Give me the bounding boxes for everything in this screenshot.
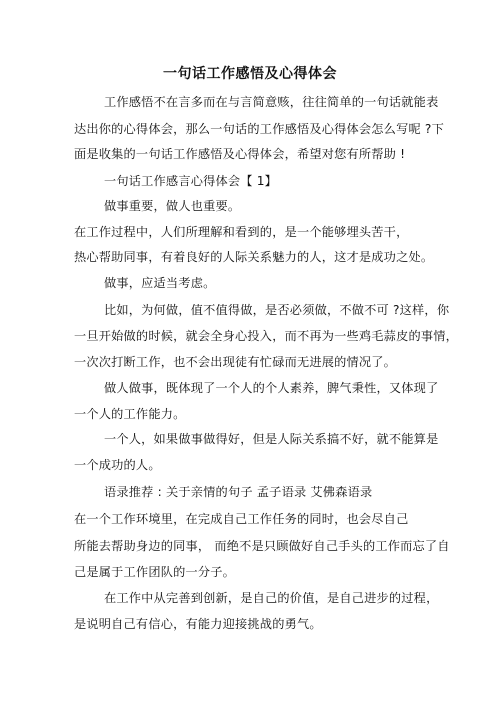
paragraph-line: 面是收集的一句话工作感悟及心得体会，希望对您有所帮助 !: [74, 146, 405, 162]
paragraph-line: 一个成功的人。: [74, 457, 161, 473]
paragraph-line: 在一个工作环境里，在完成自己工作任务的同时，也会尽自己: [74, 511, 408, 527]
paragraph-line: 做事重要，做人也重要。: [104, 198, 240, 214]
paragraph-line: 达出你的心得体会，那么一句话的工作感悟及心得体会怎么写呢 ?下: [74, 121, 444, 137]
paragraph-line: 一次次打断工作，也不会出现徒有忙碌而无进展的情况了。: [74, 354, 396, 370]
paragraph-line: 在工作中从完善到创新，是自己的价值，是自己进步的过程，: [104, 590, 438, 606]
paragraph-line: 是说明自己有信心，有能力迎接挑战的勇气。: [74, 616, 322, 632]
paragraph-line: 己是属于工作团队的一分子。: [74, 564, 235, 580]
paragraph-line: 一个人，如果做事做得好，但是人际关系搞不好，就不能算是: [104, 431, 438, 447]
paragraph-line: 在工作过程中，人们所理解和看到的，是一个能够埋头苦干，: [74, 224, 408, 240]
paragraph-line: 语录推荐 : 关于亲情的句子 孟子语录 艾佛森语录: [104, 484, 372, 500]
paragraph-line: 做人做事，既体现了一个人的个人素养，脾气秉性，又体现了: [104, 380, 438, 396]
paragraph-line: 热心帮助同事，有着良好的人际关系魅力的人，这才是成功之处。: [74, 249, 433, 265]
paragraph-line: 一个人的工作能力。: [74, 406, 186, 422]
paragraph-line: 一句话工作感言心得体会【 1】: [104, 173, 277, 189]
paragraph-line: 工作感悟不在言多而在与言简意赅，往往简单的一句话就能表: [104, 94, 438, 110]
paragraph-line: 比如，为何做，值不值得做，是否必须做，不做不可 ?这样，你: [104, 302, 449, 318]
document-title: 一句话工作感悟及心得体会: [0, 65, 500, 83]
paragraph-line: 做事，应适当考虑。: [104, 275, 216, 291]
document-page: 一句话工作感悟及心得体会 工作感悟不在言多而在与言简意赅，往往简单的一句话就能表…: [0, 0, 500, 708]
paragraph-line: 所能去帮助身边的同事， 而绝不是只顾做好自己手头的工作而忘了自: [74, 538, 450, 554]
paragraph-line: 一旦开始做的时候，就会全身心投入，而不再为一些鸡毛蒜皮的事情，: [74, 328, 458, 344]
